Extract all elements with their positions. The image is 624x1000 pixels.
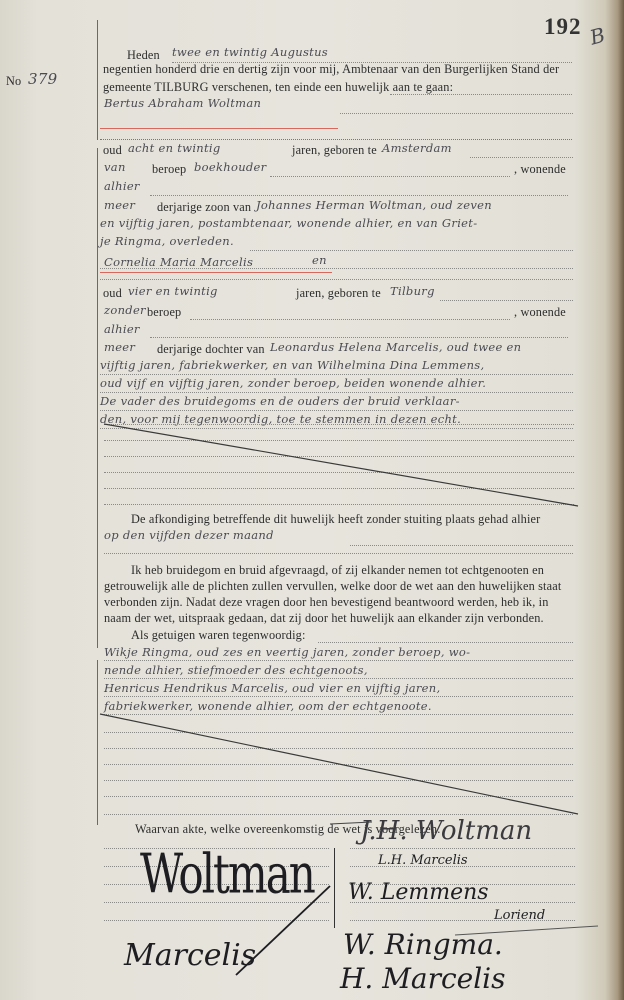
declaration-line-1: Ik heb bruidegom en bruid afgevraagd, of… xyxy=(131,563,544,578)
signature-groom: Woltman xyxy=(140,842,314,906)
witnesses-label: Als getuigen waren tegenwoordig: xyxy=(131,628,306,643)
fill-line xyxy=(100,410,573,411)
blank-line xyxy=(104,488,574,489)
proclamation-text: De afkondiging betreffende dit huwelijk … xyxy=(131,512,540,527)
declaration-line-4: naam der wet, uitspraak gedaan, dat zij … xyxy=(104,611,544,626)
groom-name: Bertus Abraham Woltman xyxy=(104,96,261,110)
fill-line xyxy=(440,300,573,301)
signature-divider xyxy=(334,848,336,928)
blank-line xyxy=(104,814,573,815)
jaren-label: jaren, geboren te xyxy=(296,286,381,301)
blank-line xyxy=(104,748,573,749)
left-margin-rule xyxy=(97,148,98,648)
bride-birthplace: Tilburg xyxy=(390,284,435,298)
fill-line xyxy=(104,714,573,715)
blank-line xyxy=(104,456,574,457)
fill-line xyxy=(100,139,572,140)
witness-line-4: fabriekwerker, wonende alhier, oom der e… xyxy=(104,699,432,713)
signature-father-groom: J.H. Woltman xyxy=(360,816,532,846)
child-label: derjarige dochter van xyxy=(157,342,265,357)
left-margin-rule-top xyxy=(97,20,98,140)
blank-line xyxy=(104,764,573,765)
bride-name-underline xyxy=(100,272,332,273)
fill-line xyxy=(250,250,573,251)
groom-residence: alhier xyxy=(104,179,140,193)
declaration-line-2: getrouwelijk alle de plichten zullen ver… xyxy=(104,579,561,594)
proclamation-date: op den vijfden dezer maand xyxy=(104,528,274,542)
fill-line xyxy=(350,545,573,546)
blank-line xyxy=(104,504,574,505)
bride-age: vier en twintig xyxy=(128,284,218,298)
consent-line-1: De vader des bruidegoms en de ouders der… xyxy=(100,394,460,408)
groom-occupation-prefix: van xyxy=(104,160,126,174)
groom-parents-3: je Ringma, overleden. xyxy=(100,234,234,248)
signature-line xyxy=(104,920,329,921)
fill-line xyxy=(340,113,573,114)
fill-line xyxy=(100,279,573,280)
bride-occupation-prefix: zonder xyxy=(104,303,146,317)
wonende-label: , wonende xyxy=(514,162,566,177)
beroep-label: beroep xyxy=(147,305,181,320)
blank-line xyxy=(104,440,574,441)
signature-official: Loriend xyxy=(494,908,545,923)
fill-line xyxy=(318,642,573,643)
signature-witness-2: H. Marcelis xyxy=(340,962,506,995)
signature-bride: Marcelis xyxy=(124,938,256,973)
beroep-label: beroep xyxy=(152,162,186,177)
witness-line-1: Wikje Ringma, oud zes en veertig jaren, … xyxy=(104,645,470,659)
marriage-date: twee en twintig Augustus xyxy=(172,45,328,59)
signature-witness-1: W. Ringma. xyxy=(343,928,503,961)
witness-line-2: nende alhier, stiefmoeder des echtgenoot… xyxy=(104,663,368,677)
margin-mark: B xyxy=(587,22,608,49)
bride-majority: meer xyxy=(104,340,135,354)
fill-line xyxy=(470,157,573,158)
left-margin-rule-bottom xyxy=(97,660,98,825)
fill-line xyxy=(104,696,573,697)
fill-line xyxy=(104,553,573,554)
oud-label: oud xyxy=(103,286,122,301)
bride-name: Cornelia Maria Marcelis xyxy=(104,255,253,269)
blank-line xyxy=(104,424,574,425)
groom-occupation: boekhouder xyxy=(194,160,266,174)
bride-parents-1: Leonardus Helena Marcelis, oud twee en xyxy=(270,340,521,354)
blank-line xyxy=(104,472,574,473)
signature-father-bride: L.H. Marcelis xyxy=(378,853,468,868)
blank-line xyxy=(104,796,573,797)
fill-line xyxy=(390,94,572,95)
bride-parents-2: vijftig jaren, fabriekwerker, en van Wil… xyxy=(100,358,484,372)
record-number: 379 xyxy=(28,70,58,88)
groom-age: acht en twintig xyxy=(128,141,221,155)
blank-line xyxy=(104,780,573,781)
fill-line xyxy=(150,195,568,196)
record-number-label: No xyxy=(6,74,21,89)
groom-parents-2: en vijftig jaren, postambtenaar, wonende… xyxy=(100,216,477,230)
heden-label: Heden xyxy=(127,48,160,63)
declaration-line-3: verbonden zijn. Nadat deze vragen door h… xyxy=(104,595,549,610)
intro-line-3: gemeente TILBURG verschenen, ten einde e… xyxy=(103,80,453,95)
fill-line xyxy=(100,392,573,393)
fill-line xyxy=(190,319,510,320)
fill-line xyxy=(100,374,573,375)
bride-parents-3: oud vijf en vijftig jaren, zonder beroep… xyxy=(100,376,486,390)
connector-en: en xyxy=(312,253,327,267)
witness-line-3: Henricus Hendrikus Marcelis, oud vier en… xyxy=(104,681,440,695)
child-label: derjarige zoon van xyxy=(157,200,251,215)
groom-parents-1: Johannes Herman Woltman, oud zeven xyxy=(256,198,492,212)
fill-line xyxy=(150,337,568,338)
fill-line xyxy=(270,176,510,177)
groom-birthplace: Amsterdam xyxy=(382,141,452,155)
signature-line xyxy=(350,848,575,849)
intro-line-2: negentien honderd drie en dertig zijn vo… xyxy=(103,62,559,77)
signature-mother-bride: W. Lemmens xyxy=(348,880,489,905)
fill-line xyxy=(100,428,573,429)
blank-line xyxy=(104,732,573,733)
fill-line xyxy=(104,660,573,661)
page-number: 192 xyxy=(544,14,582,40)
civil-registry-marriage-record: 192 B No 379 Heden twee en twintig Augus… xyxy=(0,0,624,1000)
groom-name-underline xyxy=(100,128,338,129)
wonende-label: , wonende xyxy=(514,305,566,320)
groom-majority: meer xyxy=(104,198,135,212)
oud-label: oud xyxy=(103,143,122,158)
jaren-label: jaren, geboren te xyxy=(292,143,377,158)
bride-residence: alhier xyxy=(104,322,140,336)
fill-line xyxy=(104,678,573,679)
